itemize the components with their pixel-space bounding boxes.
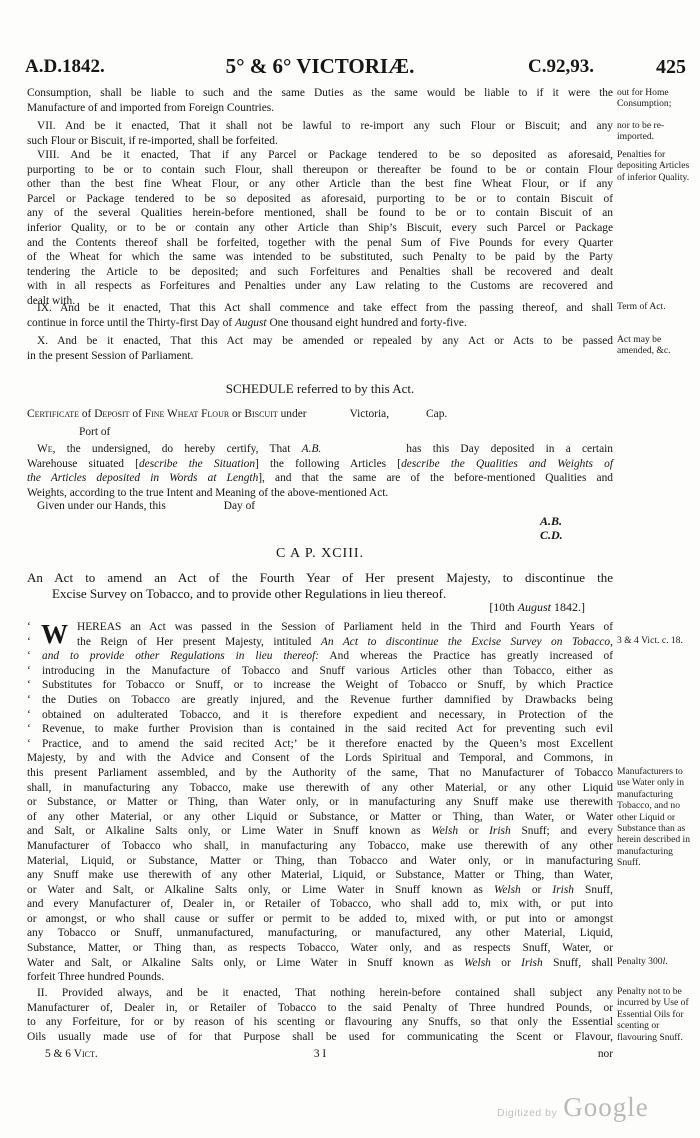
margin-note-penalties: Penalties for depositing Articles of inf… [617, 149, 697, 183]
margin-note-penalty-300: Penalty 300l. [617, 956, 697, 967]
margin-note-home-consumption: out for Home Consumption; [617, 87, 697, 110]
scanned-act-page: A.D.1842. 5° & 6° VICTORIÆ. C.92,93. 425… [0, 0, 700, 1138]
margin-note-citation: 3 & 4 Vict. c. 18. [617, 635, 697, 646]
signature-cd: C.D. [540, 528, 563, 542]
paragraph-section-x: X. And be it enacted, That this Act may … [27, 334, 613, 363]
recital-lines: ‘HEREAS an Act was passed in the Session… [27, 620, 613, 985]
certificate-line: Certificate of Deposit of Fine Wheat Flo… [27, 408, 613, 420]
page-footer: 5 & 6 Vict. 3 I nor [27, 1048, 613, 1063]
cap-heading: C A P. XCIII. [27, 546, 613, 562]
paragraph-section-ix: IX. And be it enacted, That this Act sha… [27, 301, 613, 330]
margin-note-not-reimported: nor to be re-imported. [617, 120, 697, 143]
given-under-hands-line: Given under our Hands, thisDay of [27, 500, 623, 512]
footer-catchword: nor [598, 1048, 613, 1060]
paragraph-section-viii: VIII. And be it enacted, That if any Par… [27, 148, 613, 309]
margin-note-manufacturers: Manufacturers to use Water only in manuf… [617, 766, 697, 869]
margin-note-term-of-act: Term of Act. [617, 301, 697, 312]
header-chapter: C.92,93. [528, 56, 594, 78]
margin-note-act-amended: Act may be amended, &c. [617, 334, 697, 357]
header-page-number: 425 [640, 56, 686, 79]
act-date-line: [10th August 1842.] [27, 600, 585, 615]
header-regnal-title: 5° & 6° VICTORIÆ. [27, 54, 613, 79]
paragraph-consumption: Consumption, shall be liable to such and… [27, 86, 613, 115]
port-of-line: Port of [27, 426, 665, 438]
certificate-body: We, the undersigned, do hereby certify, … [27, 442, 613, 500]
watermark-prefix: Digitized by [497, 1107, 557, 1119]
paragraph-section-vii: VII. And be it enacted, That it shall no… [27, 119, 613, 148]
digitized-by-google-watermark: Digitized by Google [497, 1092, 649, 1123]
paragraph-section-ii: II. Provided always, and be it enacted, … [27, 986, 613, 1044]
act-long-title: An Act to amend an Act of the Fourth Yea… [27, 570, 613, 602]
margin-note-penalty-exception: Penalty not to be incurred by Use of Ess… [617, 986, 697, 1043]
recital-and-section-i: W ‘HEREAS an Act was passed in the Sessi… [27, 620, 613, 985]
google-logo: Google [563, 1092, 648, 1123]
signature-block: A.B. C.D. [540, 514, 563, 543]
footer-signature-mark: 3 I [27, 1048, 613, 1060]
schedule-heading: SCHEDULE referred to by this Act. [27, 381, 613, 397]
signature-ab: A.B. [540, 514, 563, 528]
